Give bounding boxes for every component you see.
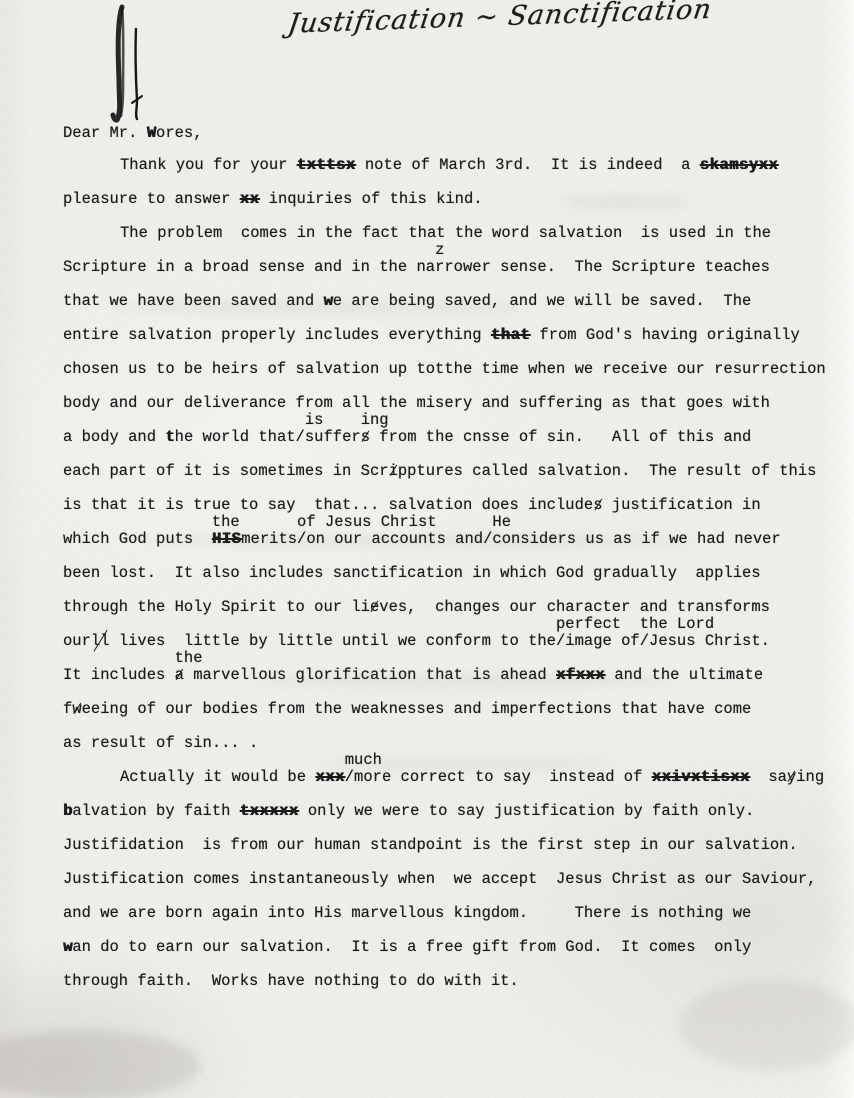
- typed-text: entire salvation properly includes every…: [63, 326, 491, 344]
- typed-text: note of March 3rd. It is indeed a: [356, 156, 700, 174]
- typed-text: Thank you for your: [120, 156, 297, 174]
- typed-text: our: [63, 632, 91, 650]
- scan-smudge: [140, 536, 700, 546]
- typed-text: /image of: [556, 632, 640, 650]
- struck-out-text: xx: [240, 190, 260, 208]
- typed-line-8: body and our deliverance from all the mi…: [63, 386, 853, 420]
- typed-line-20: balvation by faith txxxxx only we were t…: [63, 794, 853, 828]
- typed-line-1: Thank you for your txttsx note of March …: [63, 148, 853, 182]
- typed-text: ing: [796, 768, 824, 786]
- inserted-word: z: [435, 243, 444, 258]
- typed-text: The problem comes in the fact that the w…: [120, 224, 771, 242]
- typed-text: alvation by faith: [72, 802, 239, 820]
- scan-smudge: [680, 980, 854, 1070]
- typed-line-5: that we have been saved and we are being…: [63, 284, 853, 318]
- typed-text: lives little by little until we conform …: [110, 632, 556, 650]
- struck-out-text: xxx: [315, 768, 344, 786]
- typed-line-18: as result of sin... .: [63, 726, 853, 760]
- inserted-word: the: [212, 515, 240, 530]
- typed-text: /more correct to say instead of: [345, 768, 652, 786]
- typed-line-9: a body and the world that/issufferings f…: [63, 420, 853, 454]
- struck-out-text: txttsx: [297, 156, 356, 174]
- typed-text: suffer: [305, 428, 361, 446]
- typed-line-16: It includes thea marvellous glorificatio…: [63, 658, 853, 692]
- typed-line-4: Scripture in a broad sense and in the na…: [63, 250, 853, 284]
- slashed-text: y: [787, 760, 796, 794]
- slashed-text: w: [72, 692, 81, 726]
- inserted-word: is: [305, 413, 324, 428]
- handwritten-title: Justification ~ Sanctification: [286, 0, 670, 40]
- slashed-text: s: [593, 488, 602, 522]
- scan-smudge: [560, 196, 690, 208]
- typed-line-23: and we are born again into His marvellou…: [63, 896, 853, 930]
- typed-text: from God's having originally: [530, 326, 800, 344]
- typed-text: a body and: [63, 428, 165, 446]
- typed-text: eeing of our bodies from the weaknesses …: [82, 700, 752, 718]
- inserted-word: the Lord: [640, 617, 714, 632]
- typed-text: w: [63, 938, 72, 956]
- slashed-text: ll: [91, 624, 110, 658]
- typed-line-6: entire salvation properly includes every…: [63, 318, 853, 352]
- slashed-text: i: [389, 454, 398, 488]
- slashed-text: s: [361, 420, 370, 454]
- typed-line-22: Justification comes instantaneously when…: [63, 862, 853, 896]
- typed-text: pleasure to answer: [63, 190, 240, 208]
- typed-line-24: wan do to earn our salvation. It is a fr…: [63, 930, 853, 964]
- typed-text: inquiries of this kind.: [259, 190, 482, 208]
- struck-out-text: that: [491, 326, 530, 344]
- typed-line-11: is that it is true to say that... salvat…: [63, 488, 853, 522]
- typed-text: Scripture in a broad sense and in the na: [63, 258, 435, 276]
- pen-strokes-icon: [106, 2, 148, 133]
- scan-smudge: [320, 760, 620, 769]
- inserted-word: of Jesus Christ: [297, 515, 437, 530]
- typed-text: as result of sin... .: [63, 734, 258, 752]
- typed-line-17: fweeing of our bodies from the weaknesse…: [63, 692, 853, 726]
- typed-line-10: each part of it is sometimes in Scripptu…: [63, 454, 853, 488]
- typed-text: t: [165, 428, 174, 446]
- typed-text: through the Holy Spirit to our li: [63, 598, 370, 616]
- slashed-text: a: [175, 658, 184, 692]
- typed-line-21: Justifidation is from our human standpoi…: [63, 828, 853, 862]
- typed-text: It includes: [63, 666, 175, 684]
- typed-text: ores,: [156, 124, 203, 142]
- typed-text: body and our deliverance from all the mi…: [63, 394, 770, 412]
- typed-text: from the cnsse of sin. All of this and: [370, 428, 751, 446]
- typed-line-2: pleasure to answer xx inquiries of this …: [63, 182, 853, 216]
- struck-out-text: skamsyxx: [700, 156, 778, 174]
- typed-text: rrower sense. The Scripture teaches: [435, 258, 770, 276]
- typed-text: been lost. It also includes sanctificati…: [63, 564, 761, 582]
- typed-text: b: [63, 802, 72, 820]
- typed-text: through faith. Works have nothing to do …: [63, 972, 519, 990]
- typed-text: /Jesus Christ.: [640, 632, 770, 650]
- typed-line-13: been lost. It also includes sanctificati…: [63, 556, 853, 590]
- typed-text: Justifidation is from our human standpoi…: [63, 836, 798, 854]
- inserted-word: He: [492, 515, 511, 530]
- scan-smudge: [0, 1030, 200, 1098]
- typed-text: chosen us to be heirs of salvation up to…: [63, 360, 826, 378]
- typed-line-7: chosen us to be heirs of salvation up to…: [63, 352, 853, 386]
- salutation-line: Dear Mr. Wores,: [63, 118, 853, 148]
- typed-text: Justification comes instantaneously when…: [63, 870, 816, 888]
- typed-text: each part of it is sometimes in Scr: [63, 462, 389, 480]
- typed-text: justification in: [603, 496, 761, 514]
- slashed-text: e: [370, 590, 379, 624]
- typed-text: sa: [750, 768, 787, 786]
- typed-text: Actually it would be: [120, 768, 315, 786]
- typed-text: he world that/: [175, 428, 305, 446]
- struck-out-text: txxxxx: [240, 802, 299, 820]
- scan-smudge: [250, 676, 680, 686]
- typed-text: W: [147, 124, 156, 142]
- typed-text: pptures called salvation. The result of …: [398, 462, 817, 480]
- typed-text: and we are born again into His marvellou…: [63, 904, 751, 922]
- typed-text: an do to earn our salvation. It is a fre…: [72, 938, 751, 956]
- typed-text: is that it is true to say that... salvat…: [63, 496, 593, 514]
- typed-text: Dear Mr.: [63, 124, 147, 142]
- typed-text: f: [63, 700, 72, 718]
- inserted-word: perfect: [556, 617, 621, 632]
- typed-line-3: The problem comes in the fact that the w…: [63, 216, 853, 250]
- typed-text: only we were to say justification by fai…: [299, 802, 755, 820]
- letter-page: Justification ~ Sanctification Dear Mr. …: [0, 0, 854, 1098]
- struck-out-text: xxivxtisxx: [652, 768, 750, 786]
- typed-body: Dear Mr. Wores, Thank you for your txtts…: [63, 118, 853, 998]
- scan-smudge: [110, 302, 530, 313]
- typed-text: ves, changes our character and transform…: [379, 598, 770, 616]
- typed-line-14: through the Holy Spirit to our lieves, c…: [63, 590, 853, 624]
